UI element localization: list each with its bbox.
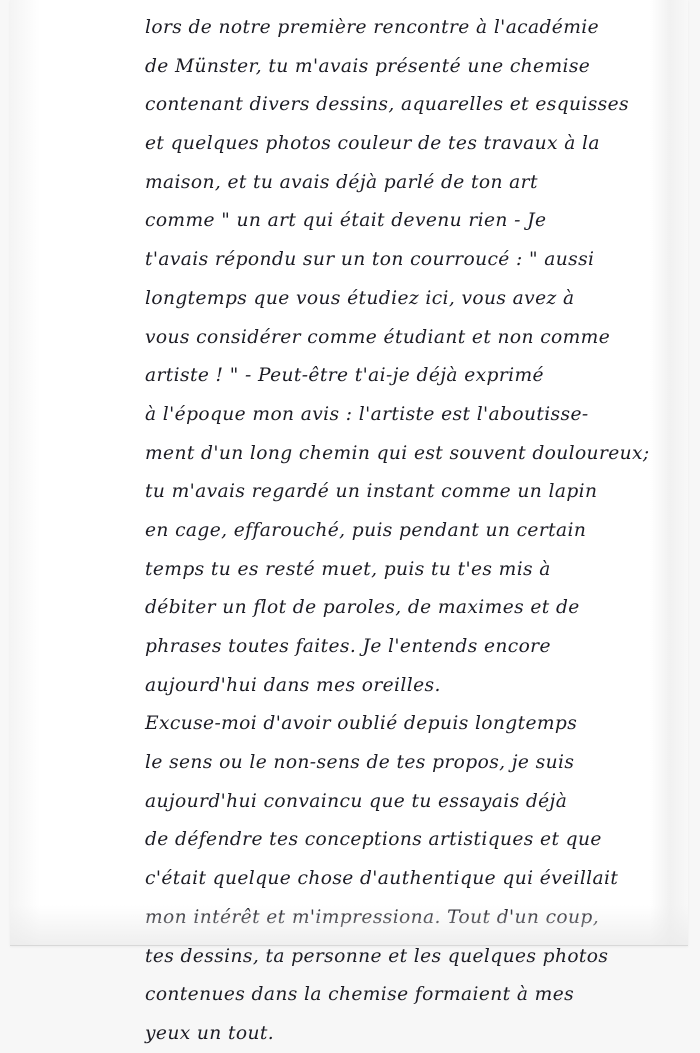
text-line: à l'époque mon avis : l'artiste est l'ab… <box>145 395 674 434</box>
text-line: phrases toutes faites. Je l'entends enco… <box>145 627 674 666</box>
text-line: t'avais répondu sur un ton courroucé : "… <box>145 240 674 279</box>
text-line: de Münster, tu m'avais présenté une chem… <box>145 47 674 86</box>
text-line: le sens ou le non-sens de tes propos, je… <box>145 743 674 782</box>
text-line: temps tu es resté muet, puis tu t'es mis… <box>145 550 674 589</box>
text-line: en cage, effarouché, puis pendant un cer… <box>145 511 674 550</box>
text-line: comme " un art qui était devenu rien - J… <box>145 201 674 240</box>
letter-page: lors de notre première rencontre à l'aca… <box>10 0 688 946</box>
text-line: ment d'un long chemin qui est souvent do… <box>145 434 674 473</box>
text-line: aujourd'hui dans mes oreilles. <box>145 666 674 705</box>
text-line: vous considérer comme étudiant et non co… <box>145 318 674 357</box>
text-line: aujourd'hui convaincu que tu essayais dé… <box>145 782 674 821</box>
text-line: et quelques photos couleur de tes travau… <box>145 124 674 163</box>
text-line: longtemps que vous étudiez ici, vous ave… <box>145 279 674 318</box>
text-line: lors de notre première rencontre à l'aca… <box>145 8 674 47</box>
text-line: tes dessins, ta personne et les quelques… <box>145 937 674 976</box>
text-line: maison, et tu avais déjà parlé de ton ar… <box>145 163 674 202</box>
handwritten-text-block: lors de notre première rencontre à l'aca… <box>145 8 685 975</box>
text-line: c'était quelque chose d'authentique qui … <box>145 859 674 898</box>
text-line: Excuse-moi d'avoir oublié depuis longtem… <box>145 704 674 743</box>
text-line: débiter un flot de paroles, de maximes e… <box>145 588 674 627</box>
text-line: de défendre tes conceptions artistiques … <box>145 820 674 859</box>
text-line: artiste ! " - Peut-être t'ai-je déjà exp… <box>145 356 674 395</box>
text-line: contenant divers dessins, aquarelles et … <box>145 85 674 124</box>
text-line: tu m'avais regardé un instant comme un l… <box>145 472 674 511</box>
text-line: mon intérêt et m'impressiona. Tout d'un … <box>145 898 674 937</box>
